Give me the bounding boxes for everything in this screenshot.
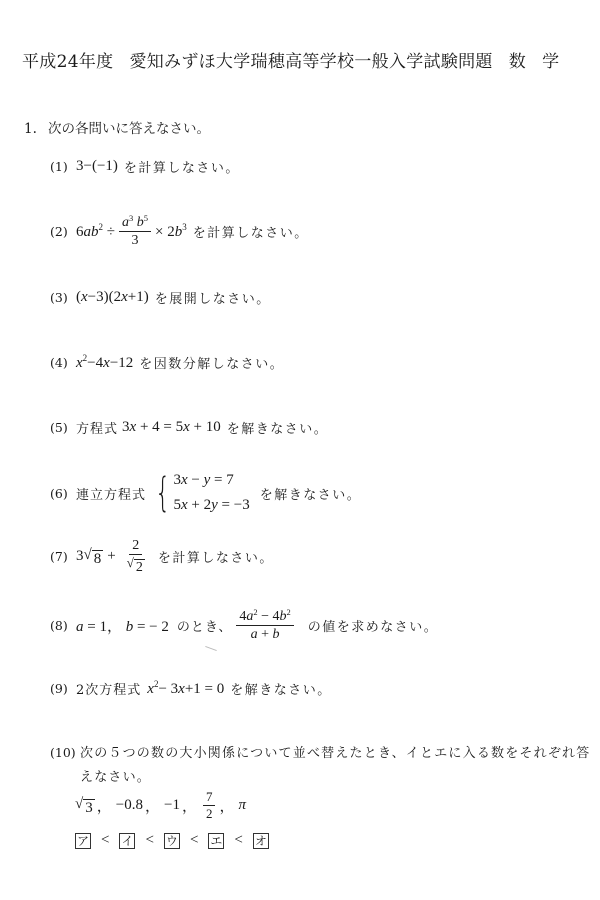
answer-box-e: エ — [208, 833, 224, 849]
expression: 3x + 4 = 5x + 10 — [122, 419, 221, 436]
question-text-line-2: えなさい。 — [50, 766, 590, 790]
question-instruction: を解きなさい。 — [230, 679, 332, 698]
title-subject-2: 学 — [542, 52, 559, 72]
question-5: (5) 方程式 3x + 4 = 5x + 10 を解きなさい。 — [50, 418, 328, 437]
expression: 6ab2 ÷ — [76, 222, 115, 241]
expression: x2−4x−12 — [76, 353, 133, 372]
question-4: (4) x2−4x−12 を因数分解しなさい。 — [50, 353, 284, 372]
equation-system: { 3x − y = 7 5x + 2y = −3 — [150, 472, 250, 514]
question-label: (9) — [50, 681, 76, 696]
question-label: (5) — [50, 420, 76, 435]
question-8: (8) a = 1， b = − 2 のとき、 4a2 − 4b2 a + b … — [50, 608, 438, 643]
question-label: (3) — [50, 290, 76, 305]
fraction: a3 b5 3 — [119, 214, 151, 249]
less-than: < — [145, 832, 153, 849]
question-label: (1) — [50, 159, 76, 174]
question-1: (1) 3−(−1) を計算しなさい。 — [50, 157, 240, 176]
answer-order-row: ア < イ < ウ < エ < オ — [75, 832, 269, 849]
equation-1: 3x − y = 7 — [173, 472, 249, 489]
expression: (x−3)(2x+1) — [76, 289, 149, 306]
question-instruction: を計算しなさい。 — [124, 157, 240, 176]
exam-title: 平成24年度愛知みずほ大学瑞穂高等学校一般入学試験問題数学 — [22, 47, 559, 72]
question-6: (6) 連立方程式 { 3x − y = 7 5x + 2y = −3 を解きな… — [50, 472, 361, 514]
question-prefix: 方程式 — [76, 418, 118, 437]
section-instruction: 次の各問いに答えなさい。 — [48, 121, 210, 137]
section-heading: 1.次の各問いに答えなさい。 — [24, 117, 210, 137]
answer-box-u: ウ — [164, 833, 180, 849]
question-label: (7) — [50, 549, 76, 564]
number-pi: π — [238, 797, 246, 814]
title-school: 愛知みずほ大学瑞穂高等学校一般入学試験問題 — [129, 52, 492, 72]
sqrt: √8 — [84, 547, 104, 568]
brace-icon: { — [155, 473, 170, 513]
question-label: (6) — [50, 486, 76, 501]
title-subject-1: 数 — [509, 52, 526, 72]
condition-connector: のとき、 — [177, 616, 232, 635]
less-than: < — [234, 832, 242, 849]
title-year: 平成24年度 — [22, 52, 113, 72]
question-instruction: の値を求めなさい。 — [308, 616, 439, 635]
scan-mark — [205, 646, 217, 651]
expression-tail: × 2b3 — [155, 222, 187, 241]
condition: a = 1， b = − 2 — [76, 615, 169, 636]
sqrt-3: √3 — [75, 796, 95, 817]
expression: 3−(−1) — [76, 158, 118, 175]
question-7: (7) 3√8 + 2 √2 を計算しなさい。 — [50, 538, 274, 576]
question-prefix: 2次方程式 — [76, 679, 141, 698]
question-instruction: を解きなさい。 — [227, 418, 329, 437]
question-prefix: 連立方程式 — [76, 484, 146, 503]
question-label: (4) — [50, 355, 76, 370]
question-instruction: を計算しなさい。 — [158, 547, 274, 566]
section-number: 1. — [24, 121, 48, 137]
expression: x2− 3x+1 = 0 — [147, 679, 224, 698]
question-10: (10)次の５つの数の大小関係について並べ替えたとき、イとエに入る数をそれぞれ答… — [50, 741, 590, 790]
question-instruction: を展開しなさい。 — [155, 288, 271, 307]
question-label: (2) — [50, 224, 76, 239]
fraction: 4a2 − 4b2 a + b — [236, 608, 293, 643]
answer-box-i: イ — [119, 833, 135, 849]
question-label: (10) — [50, 741, 80, 765]
question-label: (8) — [50, 618, 76, 633]
number-neg-1: −1 — [164, 797, 180, 814]
fraction-7-2: 7 2 — [203, 790, 216, 822]
number-neg-0-8: −0.8 — [116, 797, 143, 814]
question-9: (9) 2次方程式 x2− 3x+1 = 0 を解きなさい。 — [50, 679, 332, 698]
question-text-line-1: 次の５つの数の大小関係について並べ替えたとき、イとエに入る数をそれぞれ答 — [80, 746, 590, 761]
number-list: √3 ， −0.8 ， −1 ， 7 2 ， π — [75, 790, 246, 822]
answer-box-o: オ — [253, 833, 269, 849]
question-instruction: を計算しなさい。 — [193, 222, 309, 241]
question-2: (2) 6ab2 ÷ a3 b5 3 × 2b3 を計算しなさい。 — [50, 214, 309, 249]
question-3: (3) (x−3)(2x+1) を展開しなさい。 — [50, 288, 271, 307]
expression: 3√8 + — [76, 547, 120, 568]
less-than: < — [101, 832, 109, 849]
question-instruction: を因数分解しなさい。 — [139, 353, 284, 372]
fraction: 2 √2 — [124, 538, 148, 576]
answer-box-a: ア — [75, 833, 91, 849]
question-instruction: を解きなさい。 — [260, 484, 362, 503]
less-than: < — [190, 832, 198, 849]
equation-2: 5x + 2y = −3 — [173, 497, 249, 514]
